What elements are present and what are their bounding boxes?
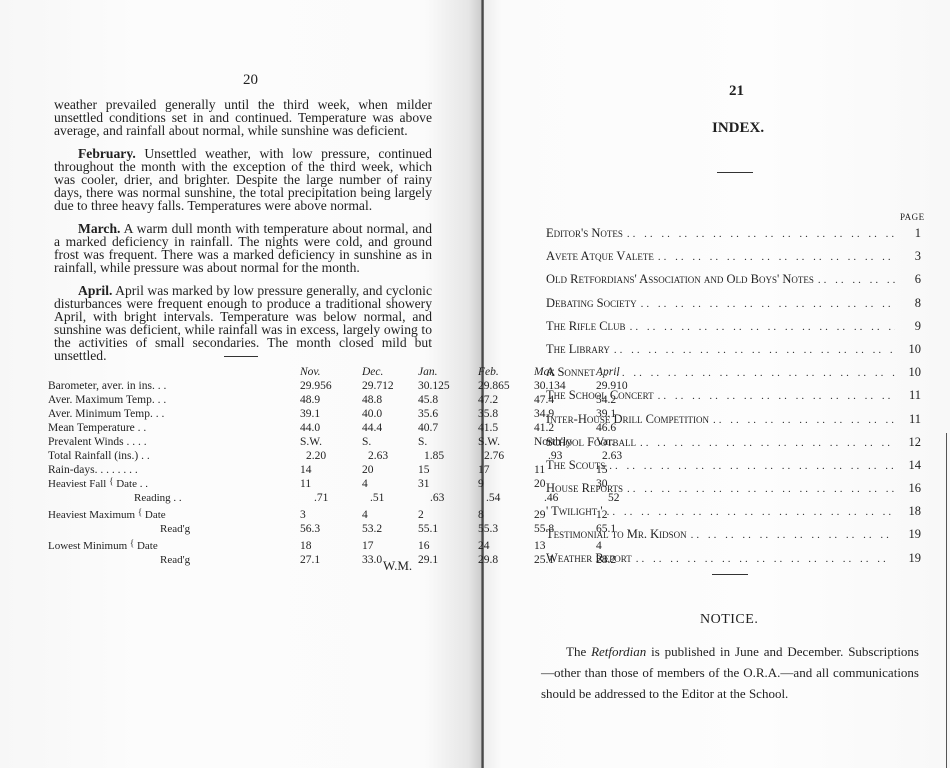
- dot-leader: [640, 437, 895, 449]
- notice-body: The Retfordian is published in June and …: [541, 641, 919, 704]
- dot-leader: [641, 298, 895, 310]
- entry-page: 6: [899, 272, 921, 287]
- cell: 2.20: [300, 450, 362, 464]
- entry-page: 16: [899, 481, 921, 496]
- column-header: Dec.: [362, 366, 418, 380]
- cell: 29.865: [478, 380, 534, 394]
- index-entry[interactable]: Testimonial to Mr. Kidson19: [546, 527, 921, 550]
- cell: 15: [418, 464, 478, 478]
- sub-label: Read'g: [48, 554, 300, 568]
- row-label: Prevalent Winds . . . .: [48, 436, 300, 450]
- cell: 1.85: [418, 450, 478, 464]
- entry-title: The Library: [546, 342, 610, 357]
- dot-leader: [713, 414, 895, 426]
- paragraph-february: February. Unsettled weather, with low pr…: [54, 147, 432, 212]
- cell: 29.712: [362, 380, 418, 394]
- cell: 39.1: [300, 408, 362, 422]
- entry-page: 11: [899, 388, 921, 403]
- cell: S.: [362, 436, 418, 450]
- cell: 2.63: [362, 450, 418, 464]
- index-entry[interactable]: House Reports16: [546, 481, 921, 504]
- index-entry[interactable]: Avete Atque Valete3: [546, 249, 921, 272]
- dot-leader: [691, 529, 895, 541]
- entry-page: 8: [899, 296, 921, 311]
- cell: 56.3: [300, 523, 362, 537]
- cell: .54: [478, 492, 534, 506]
- cell: 44.4: [362, 422, 418, 436]
- entry-title: The Scouts: [546, 458, 605, 473]
- paragraph-april: April. April was marked by low pressure …: [54, 284, 432, 362]
- notice-heading: NOTICE.: [700, 612, 758, 628]
- sub-label: Date . .: [116, 478, 148, 490]
- cell: 9: [478, 478, 534, 492]
- group-label: Lowest Minimum: [48, 540, 127, 552]
- entry-title: School Football: [546, 435, 636, 450]
- group-label: Heaviest Maximum: [48, 509, 135, 521]
- cell: 4: [362, 478, 418, 492]
- entry-page: 12: [899, 435, 921, 450]
- entry-page: 19: [899, 527, 921, 542]
- index-entry[interactable]: The Scouts14: [546, 458, 921, 481]
- cell: 47.2: [478, 394, 534, 408]
- column-header: Nov.: [300, 366, 362, 380]
- cell: S.W.: [478, 436, 534, 450]
- index-entry[interactable]: Weather Report19: [546, 551, 921, 574]
- cell: 2.76: [478, 450, 534, 464]
- cell: 24: [478, 537, 534, 554]
- cell: 40.7: [418, 422, 478, 436]
- dot-leader: [658, 251, 895, 263]
- entry-title: House Reports: [546, 481, 623, 496]
- cell: 29.8: [478, 554, 534, 568]
- cell: .51: [362, 492, 418, 506]
- index-rule: [717, 172, 753, 173]
- dot-leader: [599, 367, 895, 379]
- row-label: Rain-days. . . . . . . .: [48, 464, 300, 478]
- cell: 27.1: [300, 554, 362, 568]
- cell: .63: [418, 492, 478, 506]
- index-heading: INDEX.: [712, 120, 764, 137]
- notice-text-before: The: [566, 644, 591, 659]
- row-label: Mean Temperature . .: [48, 422, 300, 436]
- weather-narrative: weather prevailed generally until the th…: [54, 98, 432, 372]
- index-list: Editor's Notes1 Avete Atque Valete3 Old …: [546, 226, 921, 574]
- dot-leader: [607, 506, 895, 518]
- entry-page: 14: [899, 458, 921, 473]
- sub-label: Reading . .: [48, 492, 300, 506]
- index-entry[interactable]: Editor's Notes1: [546, 226, 921, 249]
- entry-title: Debating Society: [546, 296, 637, 311]
- cell: 14: [300, 464, 362, 478]
- cell: 17: [478, 464, 534, 478]
- cell: 53.2: [362, 523, 418, 537]
- entry-page: 18: [899, 504, 921, 519]
- cell: 40.0: [362, 408, 418, 422]
- index-entry[interactable]: School Football12: [546, 435, 921, 458]
- cell: 45.8: [418, 394, 478, 408]
- sub-label: Date: [145, 509, 166, 521]
- row-label: Total Rainfall (ins.) . .: [48, 450, 300, 464]
- entry-title: Avete Atque Valete: [546, 249, 654, 264]
- cell: 29.956: [300, 380, 362, 394]
- cell: 35.6: [418, 408, 478, 422]
- entry-page: 3: [899, 249, 921, 264]
- column-header: Feb.: [478, 366, 534, 380]
- group-label: Heaviest Fall: [48, 478, 106, 490]
- index-entry[interactable]: The Library10: [546, 342, 921, 365]
- cell: 8: [478, 506, 534, 523]
- entry-title: Testimonial to Mr. Kidson: [546, 527, 687, 542]
- cell: 29.1: [418, 554, 478, 568]
- cell: 48.9: [300, 394, 362, 408]
- entry-title: Inter-House Drill Competition: [546, 412, 709, 427]
- column-header: Jan.: [418, 366, 478, 380]
- cell: 55.1: [418, 523, 478, 537]
- cell: 11: [300, 478, 362, 492]
- sub-label: Date: [137, 540, 158, 552]
- entry-page: 9: [899, 319, 921, 334]
- index-entry[interactable]: The School Concert11: [546, 388, 921, 411]
- entry-title: The Rifle Club: [546, 319, 626, 334]
- cell: .71: [300, 492, 362, 506]
- cell: 31: [418, 478, 478, 492]
- page-number-right: 21: [729, 83, 744, 100]
- author-signature: W.M.: [383, 558, 412, 574]
- entry-page: 10: [899, 365, 921, 380]
- dot-leader: [658, 390, 895, 402]
- page-column-heading: PAGE: [900, 212, 925, 222]
- row-label: Barometer, aver. in ins. . .: [48, 380, 300, 394]
- brace-icon: {: [109, 478, 113, 485]
- dot-leader: [627, 228, 895, 240]
- index-entry[interactable]: ' Twilight '18: [546, 504, 921, 527]
- cell: 41.5: [478, 422, 534, 436]
- cell: 44.0: [300, 422, 362, 436]
- cell: 2: [418, 506, 478, 523]
- cell: 18: [300, 537, 362, 554]
- cell: 4: [362, 506, 418, 523]
- cell: 20: [362, 464, 418, 478]
- brace-icon: {: [130, 540, 134, 547]
- entry-title: Editor's Notes: [546, 226, 623, 241]
- entry-page: 11: [899, 412, 921, 427]
- cell: 16: [418, 537, 478, 554]
- entry-page: 1: [899, 226, 921, 241]
- section-rule: [224, 356, 258, 357]
- row-label: Aver. Minimum Temp. . .: [48, 408, 300, 422]
- dot-leader: [630, 321, 895, 333]
- row-label: Aver. Maximum Temp. . .: [48, 394, 300, 408]
- entry-title: A Sonnet: [546, 365, 595, 380]
- dot-leader: [614, 344, 895, 356]
- page-edge-line: [946, 433, 947, 768]
- cell: 35.8: [478, 408, 534, 422]
- dot-leader: [818, 274, 895, 286]
- cell: S.: [418, 436, 478, 450]
- paragraph-text: weather prevailed generally until the th…: [54, 97, 432, 138]
- entry-page: 19: [899, 551, 921, 566]
- entry-title: Weather Report: [546, 551, 632, 566]
- index-entry[interactable]: Debating Society8: [546, 296, 921, 319]
- entry-title: Old Retfordians' Association and Old Boy…: [546, 272, 814, 287]
- cell: 55.3: [478, 523, 534, 537]
- dot-leader: [609, 460, 895, 472]
- index-entry[interactable]: A Sonnet10: [546, 365, 921, 388]
- entry-page: 10: [899, 342, 921, 357]
- index-entry[interactable]: The Rifle Club9: [546, 319, 921, 342]
- page-number-left: 20: [243, 72, 258, 89]
- entry-title: The School Concert: [546, 388, 654, 403]
- notice-rule: [712, 574, 748, 575]
- cell: 30.125: [418, 380, 478, 394]
- dot-leader: [636, 553, 895, 565]
- cell: 17: [362, 537, 418, 554]
- brace-icon: {: [138, 509, 142, 516]
- publication-name: Retfordian: [591, 644, 646, 659]
- paragraph-january-cont: weather prevailed generally until the th…: [54, 98, 432, 137]
- index-entry[interactable]: Old Retfordians' Association and Old Boy…: [546, 272, 921, 295]
- paragraph-march: March. A warm dull month with temperatur…: [54, 222, 432, 274]
- cell: 3: [300, 506, 362, 523]
- cell: S.W.: [300, 436, 362, 450]
- sub-label: Read'g: [48, 523, 300, 537]
- index-entry[interactable]: Inter-House Drill Competition11: [546, 412, 921, 435]
- dot-leader: [627, 483, 895, 495]
- cell: 48.8: [362, 394, 418, 408]
- entry-title: ' Twilight ': [546, 504, 603, 519]
